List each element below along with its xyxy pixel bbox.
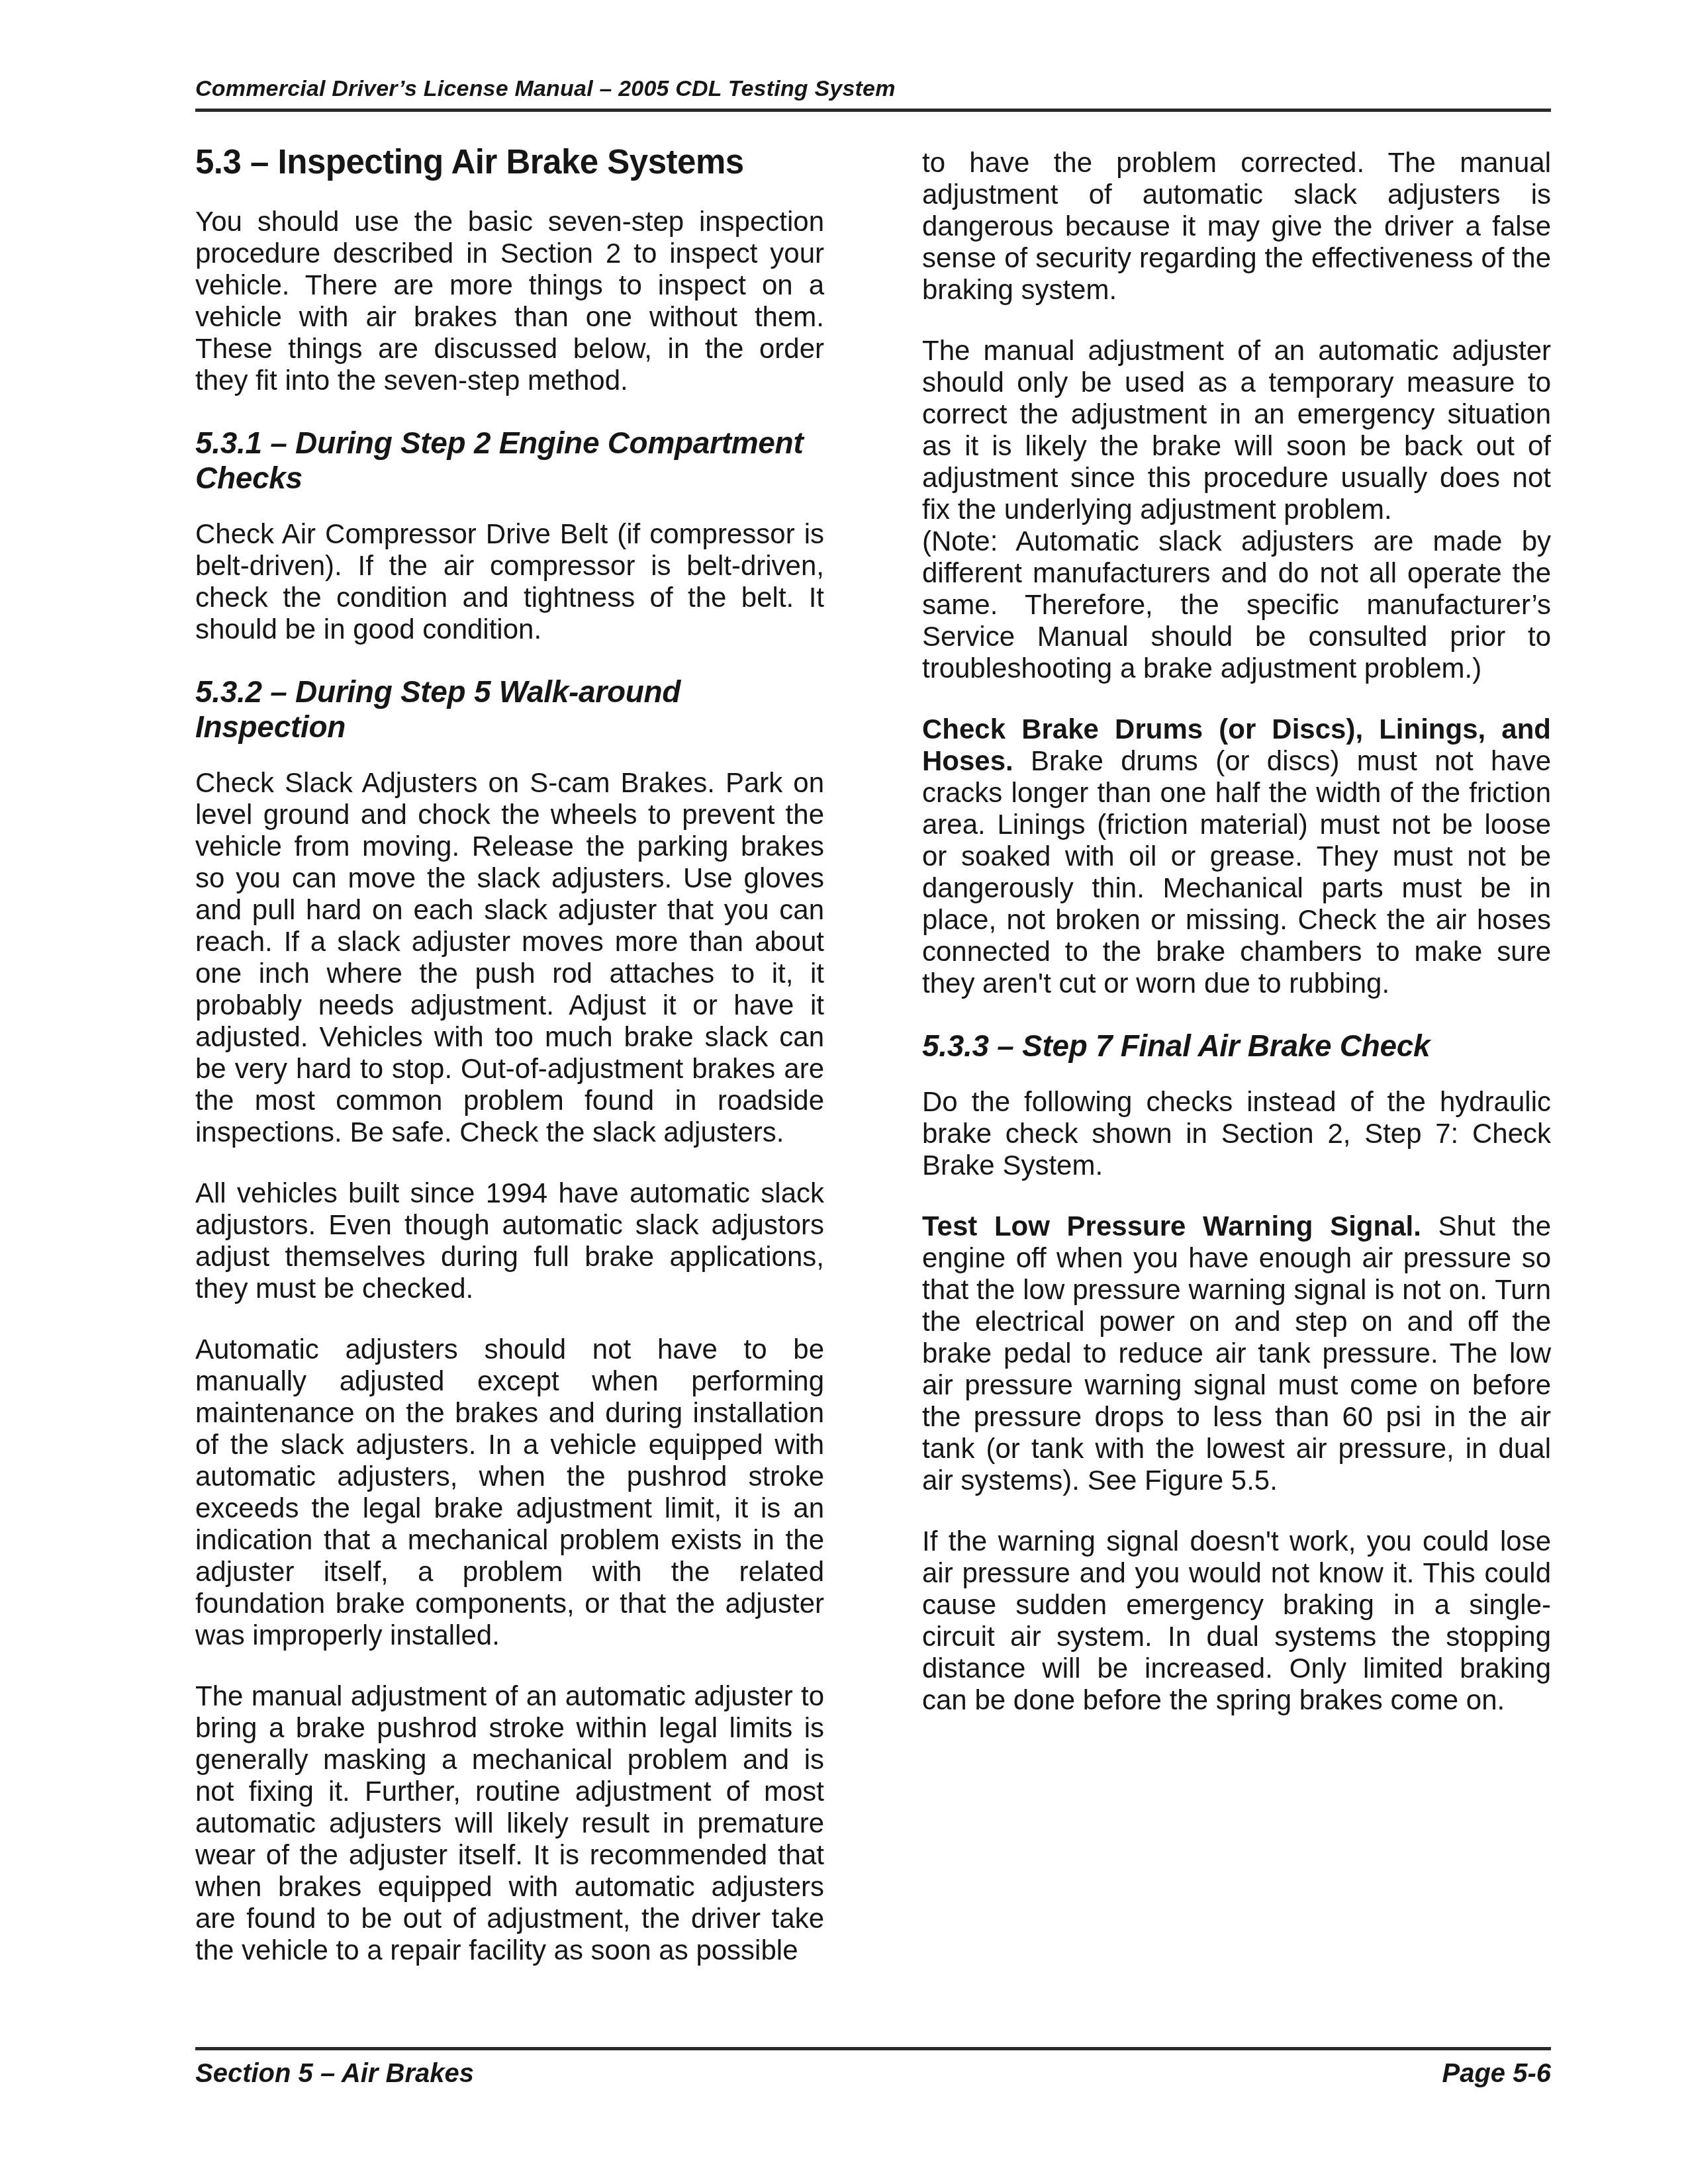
manual-page: Commercial Driver’s License Manual – 200…	[0, 0, 1688, 2184]
paragraph-automatic-slack-1994: All vehicles built since 1994 have autom…	[195, 1177, 824, 1304]
test-low-pressure-lead: Test Low Pressure Warning Signal.	[922, 1210, 1421, 1242]
running-header-title: Commercial Driver’s License Manual – 200…	[195, 76, 896, 101]
paragraph-problem-corrected: to have the problem corrected. The manua…	[922, 147, 1551, 306]
paragraph-note-manufacturers: (Note: Automatic slack adjusters are mad…	[922, 525, 1551, 684]
right-column: to have the problem corrected. The manua…	[922, 147, 1551, 1716]
paragraph-check-slack-adjusters: Check Slack Adjusters on S-cam Brakes. P…	[195, 767, 824, 1148]
subsection-heading-5-3-1: 5.3.1 – During Step 2 Engine Compartment…	[195, 426, 824, 496]
subsection-heading-5-3-3: 5.3.3 – Step 7 Final Air Brake Check	[922, 1028, 1551, 1064]
footer-section-label: Section 5 – Air Brakes	[195, 2058, 474, 2089]
paragraph-seven-step-intro: You should use the basic seven-step insp…	[195, 206, 824, 396]
paragraph-manual-adjustment-masking: The manual adjustment of an automatic ad…	[195, 1680, 824, 1966]
paragraph-automatic-adjusters-maintenance: Automatic adjusters should not have to b…	[195, 1334, 824, 1651]
paragraph-air-compressor-belt: Check Air Compressor Drive Belt (if comp…	[195, 518, 824, 645]
paragraph-final-air-brake-check: Do the following checks instead of the h…	[922, 1086, 1551, 1181]
section-heading-5-3: 5.3 – Inspecting Air Brake Systems	[195, 142, 824, 182]
paragraph-warning-signal-failure: If the warning signal doesn't work, you …	[922, 1525, 1551, 1716]
paragraph-test-low-pressure: Test Low Pressure Warning Signal. Shut t…	[922, 1210, 1551, 1496]
check-brake-drums-body: Brake drums (or discs) must not have cra…	[922, 745, 1551, 999]
left-column: 5.3 – Inspecting Air Brake Systems You s…	[195, 142, 824, 1966]
page-footer: Section 5 – Air Brakes Page 5-6	[195, 2047, 1551, 2089]
footer-page-number: Page 5-6	[1442, 2058, 1551, 2089]
test-low-pressure-body: Shut the engine off when you have enough…	[922, 1210, 1551, 1496]
paragraph-check-brake-drums: Check Brake Drums (or Discs), Linings, a…	[922, 713, 1551, 999]
subsection-heading-5-3-2: 5.3.2 – During Step 5 Walk-around Inspec…	[195, 674, 824, 745]
paragraph-temporary-measure: The manual adjustment of an automatic ad…	[922, 335, 1551, 525]
running-header: Commercial Driver’s License Manual – 200…	[195, 75, 1551, 112]
